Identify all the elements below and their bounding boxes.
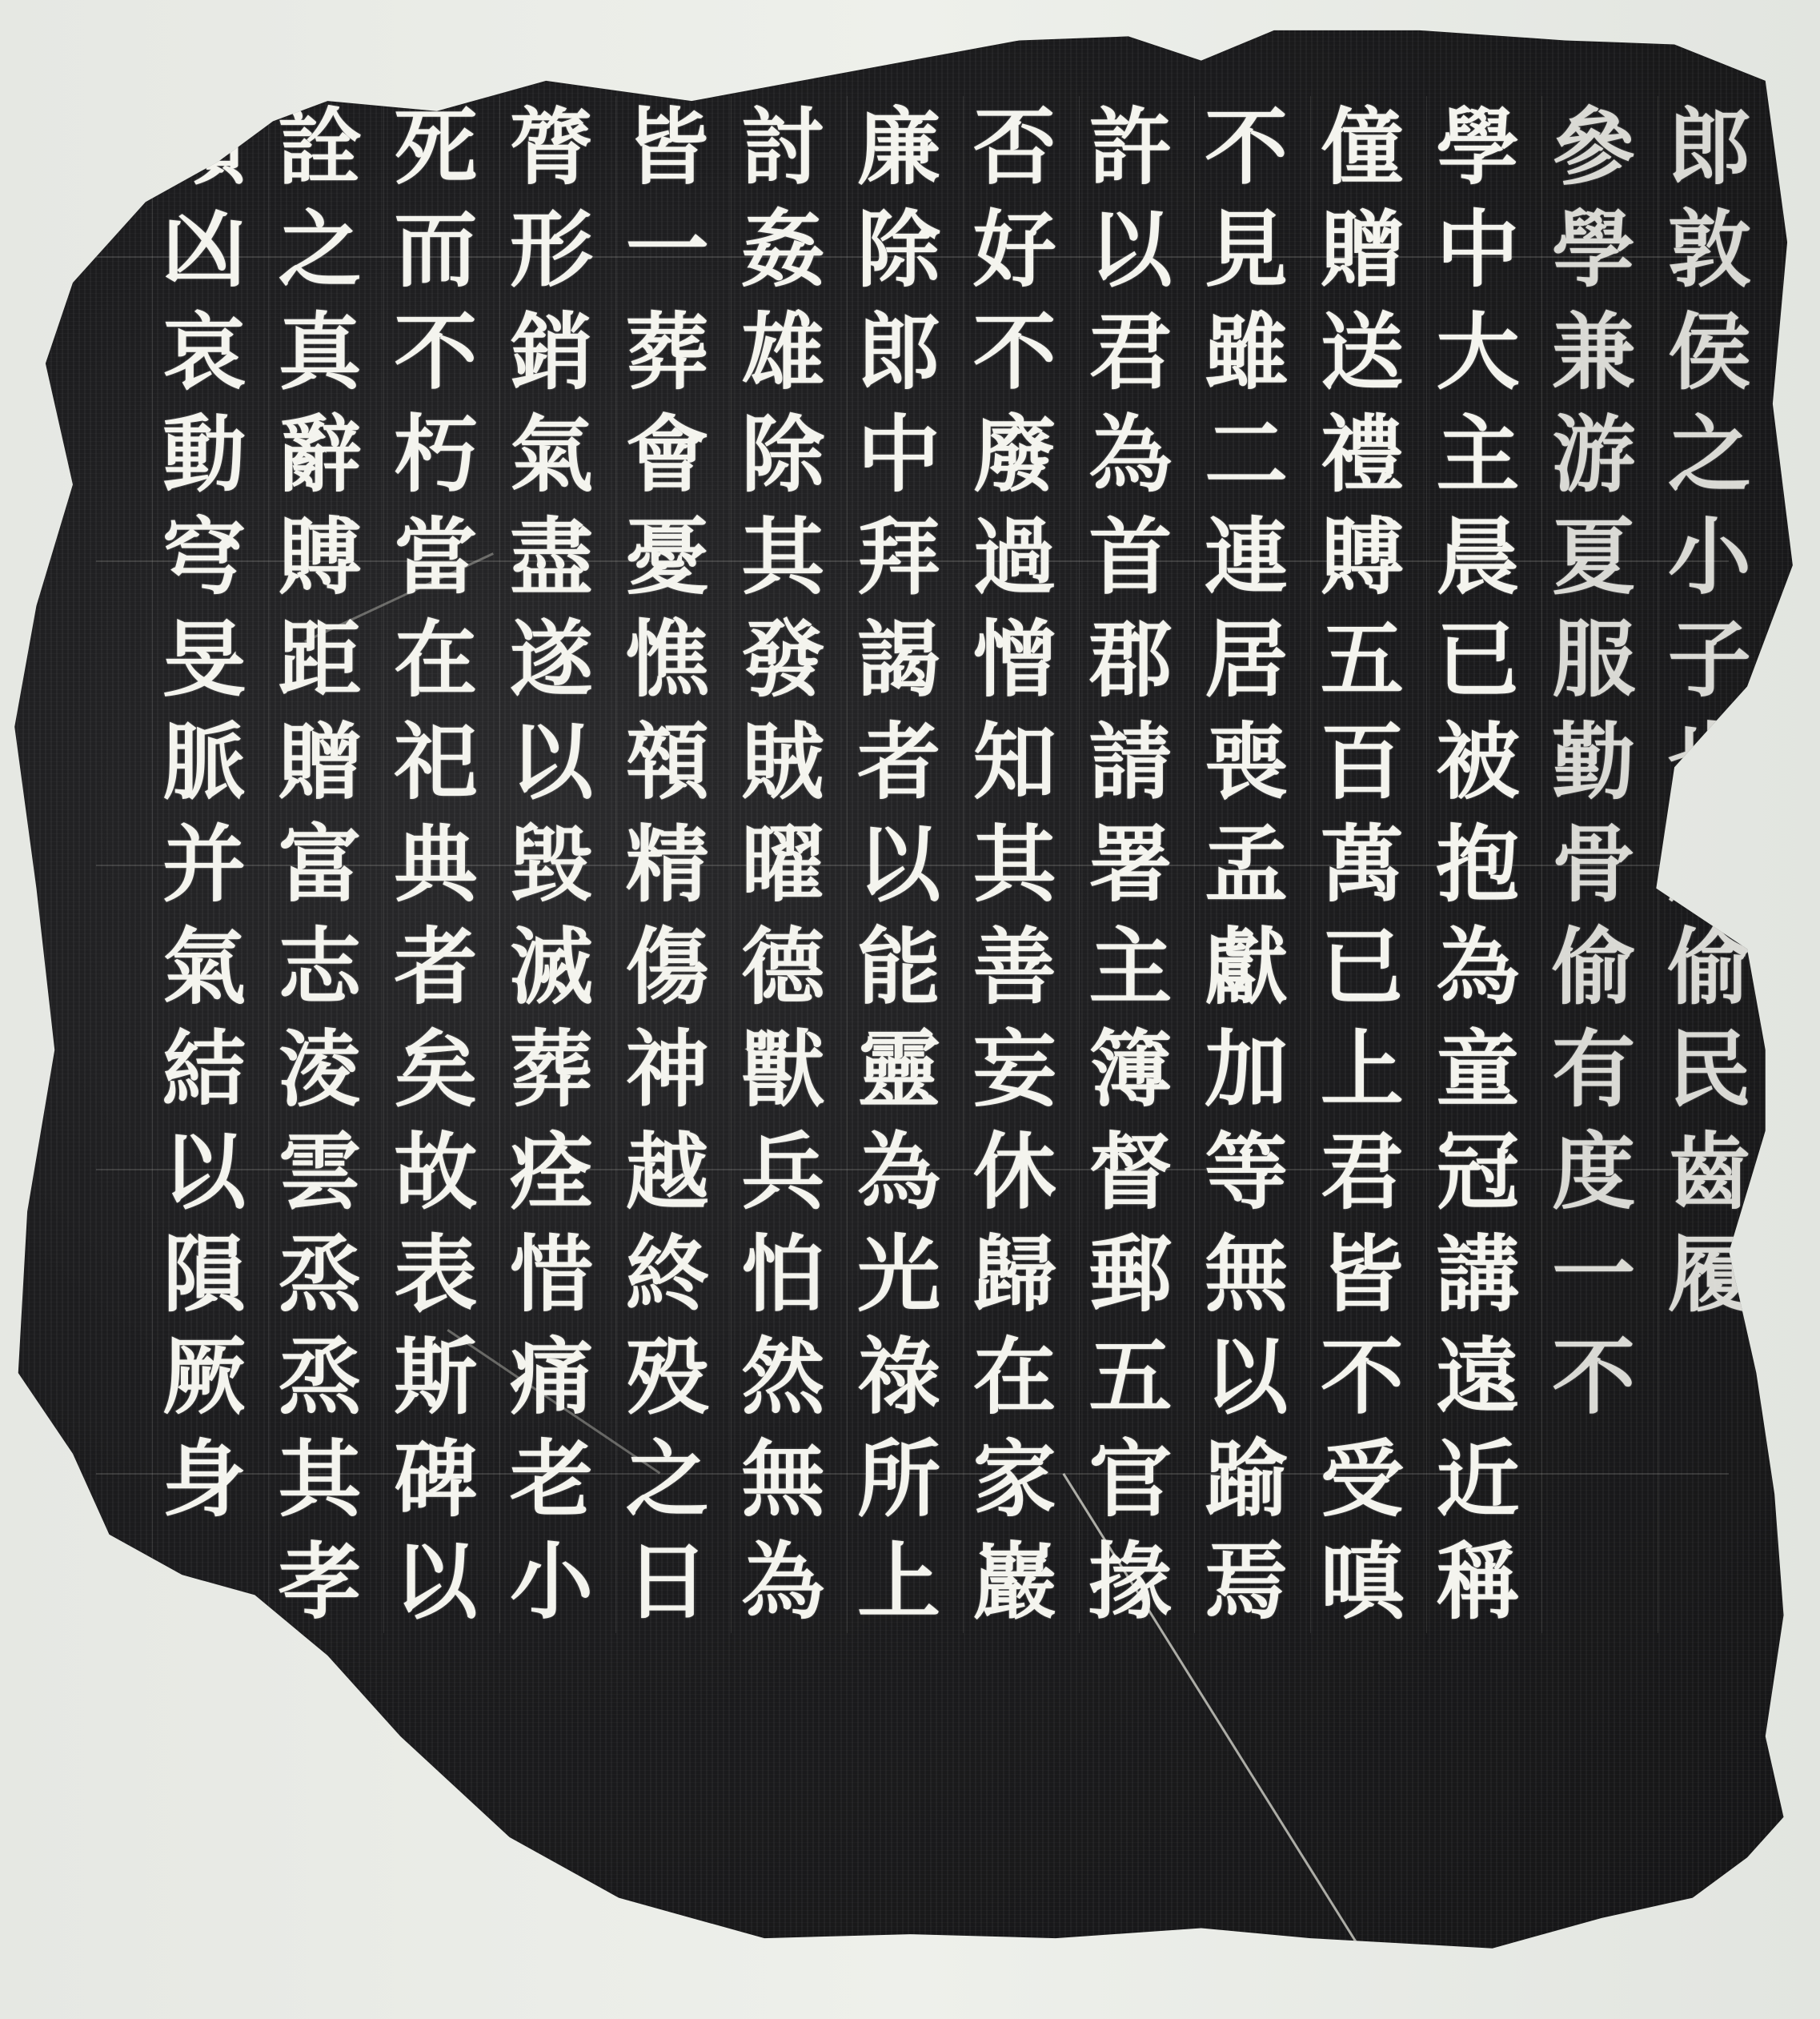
inscription-character: 獻 [1205,916,1288,1018]
inscription-character: 禮 [1321,403,1404,506]
inscription-character: 簿 [1088,1018,1172,1121]
inscription-character: 之 [1668,403,1751,506]
inscription-character: 孟 [1205,813,1288,916]
inscription-character: 討 [741,96,824,199]
inscription-character: 不 [394,301,477,403]
inscription-character: 在 [394,608,477,711]
inscription-character: 一 [1552,1223,1635,1326]
inscription-character: 光 [857,1223,940,1326]
inscription-character: 烝 [279,1223,362,1326]
inscription-column: 皆一葬會憂憔顇精傷神越終殁之日 [615,96,719,1633]
inscription-character: 而 [394,199,477,301]
inscription-character: 小 [510,1531,593,1633]
inscription-character: 動 [162,403,246,506]
inscription-character: 越 [626,1121,709,1223]
inscription-column: 膂形銷氣盡遂以毀滅葬痊惜痛老小 [499,96,603,1633]
inscription-character: 憎 [973,608,1056,711]
inscription-character: 辭 [279,403,362,506]
inscription-character: 郡 [1088,608,1172,711]
inscription-character: 兵 [741,1121,824,1223]
inscription-column: 否好不廢過憎知其善妄休歸在家巖 [963,96,1066,1633]
inscription-character: 否 [973,96,1056,199]
inscription-character: 痊 [510,1121,593,1223]
inscription-column: 廉除郎中拜謁者以能靈為光祿所上 [847,96,950,1633]
inscription-character: 其 [741,506,824,608]
inscription-character: 會 [626,403,709,506]
inscription-character: 抱 [1437,813,1520,916]
inscription-character: 被 [1437,711,1520,813]
inscription-character: 以 [510,711,593,813]
inscription-character: 君 [1088,301,1172,403]
inscription-character: 典 [394,813,477,916]
inscription-character: 許 [1088,96,1172,199]
inscription-character: 當 [394,506,477,608]
inscription-character: 滅 [510,916,593,1018]
inscription-character: 靈 [857,1018,940,1121]
inscription-character: 勤 [1552,711,1635,813]
inscription-character: 神 [626,1018,709,1121]
inscription-character: 僮 [1321,96,1404,199]
inscription-character: 之 [279,199,362,301]
inscription-character: 膂 [510,96,593,199]
inscription-character: 度 [1552,1121,1635,1223]
inscription-character: 終 [626,1223,709,1326]
inscription-character: 遠 [1437,1326,1520,1428]
inscription-character: 遂 [510,608,593,711]
inscription-character: 氣 [162,916,246,1018]
inscription-character: 為 [1437,916,1520,1018]
inscription-character: 不 [973,301,1056,403]
inscription-character: 加 [1205,1018,1288,1121]
inscription-character: 姦 [741,199,824,301]
inscription-character: 無 [741,1428,824,1531]
inscription-character: 隕 [162,1223,246,1326]
inscription-character: 大 [1437,301,1520,403]
inscription-character: 齒 [1668,1121,1751,1223]
inscription-character: 署 [1088,813,1172,916]
inscription-character: 真 [279,301,362,403]
inscription-character: 踰 [1205,1428,1288,1531]
inscription-character: 以 [1088,199,1172,301]
inscription-character: 憂 [626,506,709,608]
inscription-character: 雖 [1205,301,1288,403]
inscription-character: 祿 [857,1326,940,1428]
inscription-character: 志 [279,916,362,1018]
inscription-character: 矣 [394,1018,477,1121]
inscription-character: 距 [279,608,362,711]
inscription-character: 夏 [1552,506,1635,608]
inscription-character: 童 [1437,1018,1520,1121]
inscription-character: 淩 [279,1018,362,1121]
inscription-character: 有 [1552,1018,1635,1121]
inscription-character: 君 [1321,1121,1404,1223]
inscription-character: 身 [162,1428,246,1531]
inscription-character: 穹 [162,506,246,608]
inscription-character: 嗔 [1321,1531,1404,1633]
inscription-character: 偷 [1552,916,1635,1018]
inscription-character: 五 [1321,608,1404,711]
inscription-character: 皆 [626,96,709,199]
inscription-character: 在 [973,1326,1056,1428]
inscription-character: 為 [741,1531,824,1633]
inscription-character: 傷 [626,916,709,1018]
inscription-character: 已 [1437,608,1520,711]
inscription-character: 所 [857,1428,940,1531]
inscription-character: 雄 [741,301,824,403]
inscription-character: 贈 [279,711,362,813]
inscription-character: 惜 [510,1223,593,1326]
inscription-character: 巖 [973,1531,1056,1633]
inscription-character: 送 [1321,301,1404,403]
inscription-character: 發 [741,608,824,711]
inscription-character: 小 [1668,506,1751,608]
inscription-character: 萬 [1321,813,1404,916]
inscription-character: 凶 [162,199,246,301]
inscription-character: 廉 [857,96,940,199]
inscription-character: 脈 [162,711,246,813]
inscription-character: 請 [1088,711,1172,813]
inscription-column: 許以君為首郡請署主簿督郵五官掾 [1079,96,1182,1633]
inscription-character: 憔 [626,608,709,711]
inscription-character: 結 [162,1018,246,1121]
inscription-character: 痛 [510,1326,593,1428]
inscription-character: 除 [741,403,824,506]
inscription-character: 哀 [162,301,246,403]
inscription-character: 善 [973,916,1056,1018]
inscription-character: 連 [1205,506,1288,608]
inscription-character: 參 [1552,96,1635,199]
inscription-character: 不 [1552,1326,1635,1428]
inscription-character: 主 [1437,403,1520,506]
inscription-character: 歸 [973,1223,1056,1326]
inscription-character: 富 [279,813,362,916]
inscription-character: 朽 [394,403,477,506]
inscription-character: 上 [1321,1018,1404,1121]
inscription-character: 二 [1205,403,1288,506]
inscription-character: 服 [1552,608,1635,711]
inscription-character: 主 [1088,916,1172,1018]
inscription-character: 獸 [741,1018,824,1121]
inscription-columns: 郎敦侯之小子也履偷民齒履參學兼游夏服勤骨偷有度一不學中大主晨已被抱為童冠講遠近稱… [152,96,1761,1633]
inscription-character: 受 [1321,1428,1404,1531]
inscription-character: 見 [1205,199,1288,301]
inscription-character: 家 [973,1428,1056,1531]
inscription-character: 形 [510,199,593,301]
inscription-character: 除 [857,199,940,301]
inscription-character: 盡 [510,506,593,608]
inscription-character: 孝 [279,1531,362,1633]
inscription-column: 參學兼游夏服勤骨偷有度一不 [1541,96,1645,1633]
inscription-character: 葬 [626,301,709,403]
inscription-character: 皆 [1321,1223,1404,1326]
inscription-character: 晨 [1437,506,1520,608]
inscription-character: 以 [394,1531,477,1633]
inscription-character: 毀 [510,813,593,916]
inscription-character: 郎 [857,301,940,403]
inscription-character: 郎 [1668,96,1751,199]
inscription-character: 骨 [1552,813,1635,916]
inscription-column: 死而不朽當在祀典者矣故表斯碑以 [383,96,487,1633]
inscription-character: 者 [394,916,477,1018]
inscription-character: 老 [510,1428,593,1531]
inscription-character: 其 [973,813,1056,916]
inscription-character: 之 [626,1428,709,1531]
inscription-column: 學中大主晨已被抱為童冠講遠近稱 [1426,96,1529,1633]
inscription-character: 居 [1205,608,1288,711]
inscription-character: 然 [741,1326,824,1428]
inscription-column: 顏凶哀動穹旻脈并氣結以隕厥身 [152,96,255,1633]
inscription-character: 拜 [857,506,940,608]
inscription-character: 故 [394,1121,477,1223]
inscription-column: 討姦雄除其發賊曜德獸兵怕然無為 [731,96,834,1633]
inscription-character: 督 [1088,1121,1172,1223]
inscription-character: 好 [973,199,1056,301]
inscription-character: 冠 [1437,1121,1520,1223]
inscription-character: 為 [1088,403,1172,506]
inscription-character: 民 [1668,1018,1751,1121]
inscription-character: 首 [1088,506,1172,608]
inscription-character: 殁 [626,1326,709,1428]
inscription-character: 并 [162,813,246,916]
inscription-character: 掾 [1088,1531,1172,1633]
inscription-character: 侯 [1668,301,1751,403]
inscription-character: 廢 [973,403,1056,506]
inscription-character: 斯 [394,1326,477,1428]
inscription-column: 僮贈送禮賻五百萬已上君皆不受嗔 [1310,96,1413,1633]
inscription-character: 祀 [394,711,477,813]
inscription-character: 百 [1321,711,1404,813]
inscription-character: 焉 [1205,1531,1288,1633]
inscription-character: 其 [279,1428,362,1531]
inscription-character: 官 [1088,1428,1172,1531]
inscription-character: 曜 [741,813,824,916]
inscription-character: 烝 [279,1326,362,1428]
inscription-character: 贈 [1321,199,1404,301]
inscription-character: 雲 [279,1121,362,1223]
inscription-character: 日 [626,1531,709,1633]
inscription-character: 不 [1205,96,1288,199]
inscription-character: 敦 [1668,199,1751,301]
inscription-character: 一 [626,199,709,301]
inscription-character: 德 [741,916,824,1018]
inscription-character: 為 [857,1121,940,1223]
inscription-character: 精 [626,813,709,916]
inscription-character: 者 [857,711,940,813]
inscription-character: 妄 [973,1018,1056,1121]
inscription-character: 不 [1321,1326,1404,1428]
inscription-character: 稱 [1437,1531,1520,1633]
inscription-character: 以 [162,1121,246,1223]
inscription-character: 以 [1205,1326,1288,1428]
inscription-character: 以 [857,813,940,916]
inscription-character: 能 [857,916,940,1018]
inscription-character: 已 [1321,916,1404,1018]
inscription-character: 休 [973,1121,1056,1223]
inscription-character: 賻 [279,506,362,608]
inscription-character: 知 [973,711,1056,813]
inscription-character: 子 [1668,608,1751,711]
inscription-character: 賻 [1321,506,1404,608]
inscription-character: 學 [1552,199,1635,301]
inscription-character: 表 [394,1223,477,1326]
inscription-character: 無 [1205,1223,1288,1326]
inscription-character: 中 [1437,199,1520,301]
inscription-character: 謁 [857,608,940,711]
inscription-character: 過 [973,506,1056,608]
inscription-character: 賊 [741,711,824,813]
inscription-character: 葬 [510,1018,593,1121]
inscription-character: 五 [1088,1326,1172,1428]
inscription-character: 近 [1437,1428,1520,1531]
inscription-character: 中 [857,403,940,506]
inscription-character: 郵 [1088,1223,1172,1326]
inscription-character: 兼 [1552,301,1635,403]
inscription-character: 等 [1205,1121,1288,1223]
inscription-column: 不見雖二連居喪孟獻加等無以踰焉 [1194,96,1297,1633]
inscription-character: 死 [394,96,477,199]
inscription-character: 怕 [741,1223,824,1326]
inscription-character: 講 [1437,1223,1520,1326]
inscription-character: 上 [857,1531,940,1633]
inscription-character: 氣 [510,403,593,506]
inscription-character: 喪 [1205,711,1288,813]
inscription-character: 游 [1552,403,1635,506]
inscription-character: 銷 [510,301,593,403]
inscription-character: 顇 [626,711,709,813]
inscription-character: 碑 [394,1428,477,1531]
inscription-character: 旻 [162,608,246,711]
inscription-character: 厥 [162,1326,246,1428]
inscription-column: 詮之真辭賻距贈富志淩雲烝烝其孝 [268,96,371,1633]
inscription-character: 學 [1437,96,1520,199]
